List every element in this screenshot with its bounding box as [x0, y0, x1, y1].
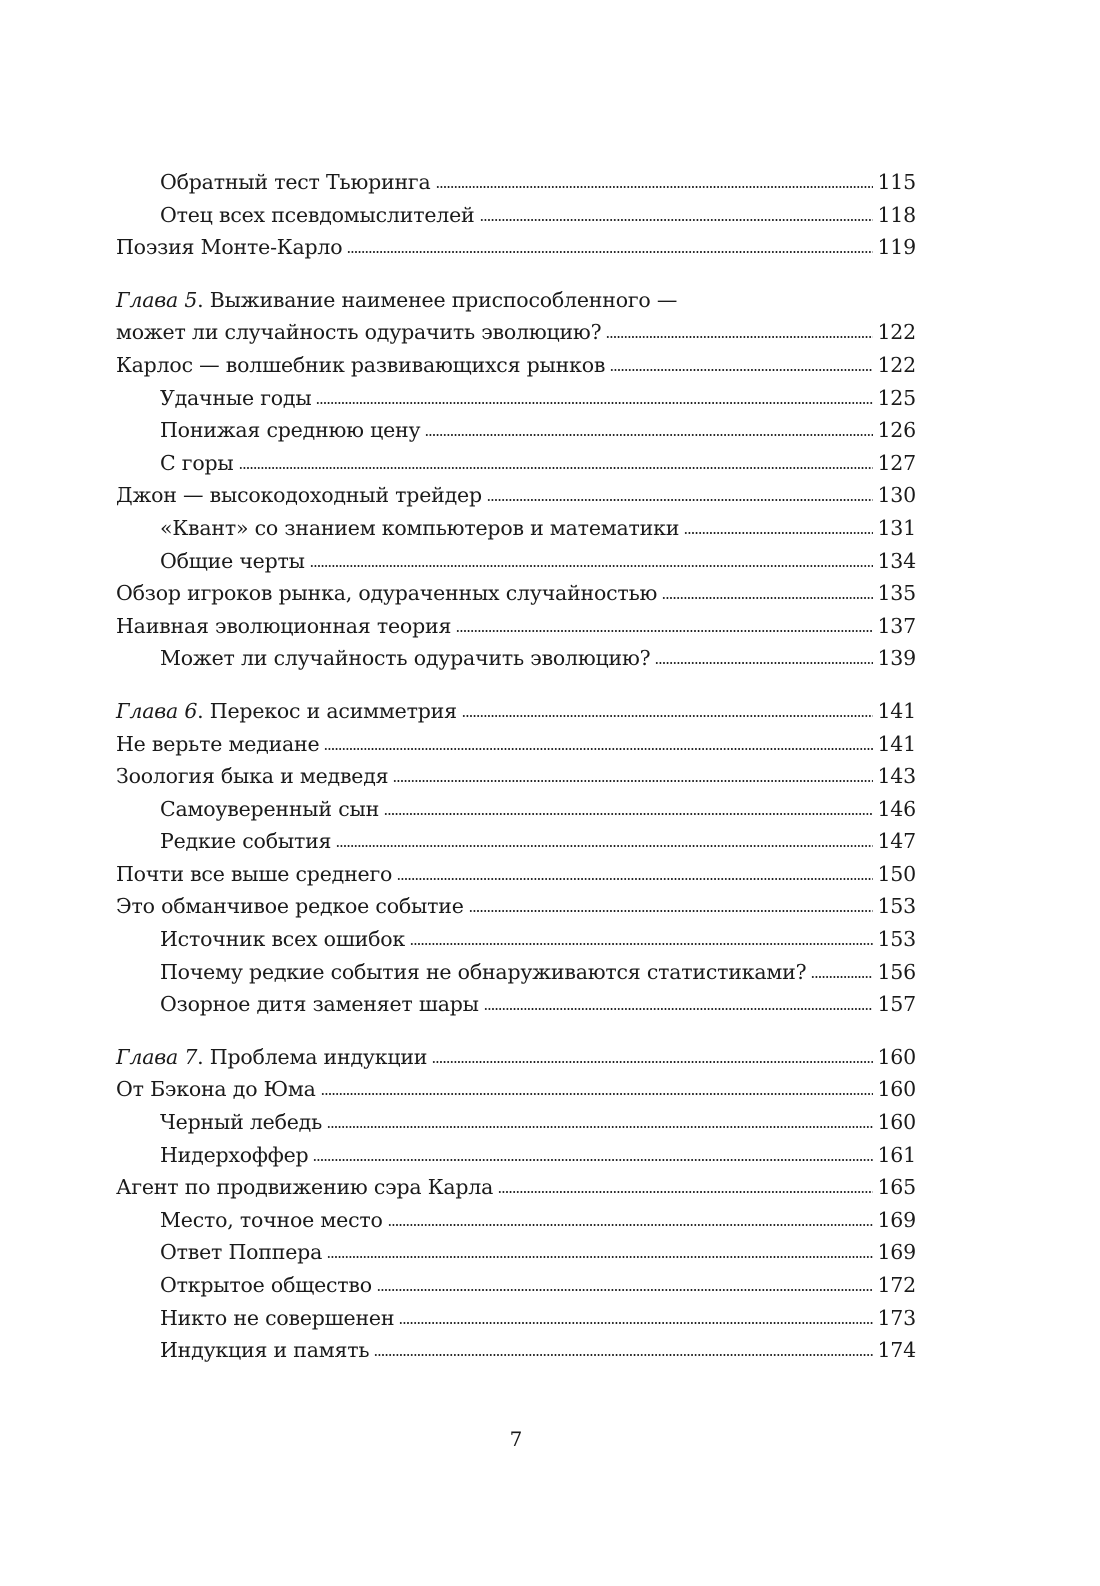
dot-leader	[374, 1353, 873, 1357]
toc-subentry[interactable]: Удачные годы125	[116, 382, 916, 415]
toc-entry[interactable]: Зоология быка и медведя143	[116, 760, 916, 793]
dot-leader	[484, 1007, 874, 1011]
entry-text: Зоология быка и медведя	[116, 764, 388, 788]
toc-section: Обратный тест Тьюринга115Отец всех псевд…	[116, 166, 916, 264]
toc-page-number: 127	[877, 447, 916, 480]
dot-leader	[324, 747, 873, 751]
toc-entry-title: Почти все выше среднего	[116, 858, 392, 891]
dot-leader	[432, 1060, 873, 1064]
section-gap	[116, 264, 916, 284]
toc-page-number: 125	[877, 382, 916, 415]
toc-page-number: 119	[877, 231, 916, 264]
dot-leader	[462, 714, 874, 718]
toc-subentry[interactable]: Черный лебедь160	[116, 1106, 916, 1139]
entry-text: Обзор игроков рынка, одураченных случайн…	[116, 581, 657, 605]
toc-entry[interactable]: Обзор игроков рынка, одураченных случайн…	[116, 577, 916, 610]
toc-page-number: 134	[877, 545, 916, 578]
entry-text: Никто не совершенен	[160, 1306, 394, 1330]
dot-leader	[336, 844, 873, 848]
toc-entry-title: «Квант» со знанием компьютеров и математ…	[160, 512, 679, 545]
dot-leader	[239, 466, 874, 470]
entry-text: . Перекос и асимметрия	[197, 699, 457, 723]
toc-entry-title: Место, точное место	[160, 1204, 383, 1237]
toc-page-number: 126	[877, 414, 916, 447]
entry-text: Поэзия Монте-Карло	[116, 235, 342, 259]
toc-entry-title: может ли случайность одурачить эволюцию?	[116, 316, 601, 349]
entry-text: Нидерхоффер	[160, 1143, 308, 1167]
toc-entry[interactable]: Не верьте медиане141	[116, 728, 916, 761]
dot-leader	[313, 1158, 873, 1162]
toc-subentry[interactable]: Открытое общество172	[116, 1269, 916, 1302]
entry-text: может ли случайность одурачить эволюцию?	[116, 320, 601, 344]
toc-subentry[interactable]: Общие черты134	[116, 545, 916, 578]
toc-subentry[interactable]: Отец всех псевдомыслителей118	[116, 199, 916, 232]
entry-text: Наивная эволюционная теория	[116, 614, 451, 638]
toc-subentry[interactable]: Ответ Поппера169	[116, 1236, 916, 1269]
toc-entry[interactable]: Почти все выше среднего150	[116, 858, 916, 891]
dot-leader	[393, 779, 873, 783]
toc-entry-title: Поэзия Монте-Карло	[116, 231, 342, 264]
dot-leader	[410, 942, 873, 946]
toc-entry[interactable]: Карлос — волшебник развивающихся рынков1…	[116, 349, 916, 382]
dot-leader	[310, 564, 874, 568]
toc-page-number: 174	[877, 1334, 916, 1367]
dot-leader	[655, 661, 873, 665]
toc-entry-title: Наивная эволюционная теория	[116, 610, 451, 643]
toc-page-number: 160	[877, 1041, 916, 1074]
chapter-label: Глава 7	[116, 1045, 197, 1069]
toc-page-number: 156	[877, 956, 916, 989]
dot-leader	[316, 401, 873, 405]
dot-leader	[384, 812, 873, 816]
section-gap	[116, 1021, 916, 1041]
toc-chapter-heading[interactable]: Глава 7. Проблема индукции160	[116, 1041, 916, 1074]
toc-entry-title: Обзор игроков рынка, одураченных случайн…	[116, 577, 657, 610]
toc-entry-title: Почему редкие события не обнаруживаются …	[160, 956, 806, 989]
entry-text: Индукция и память	[160, 1338, 369, 1362]
toc-page-number: 135	[877, 577, 916, 610]
toc-page-number: 137	[877, 610, 916, 643]
toc-page-number: 141	[877, 728, 916, 761]
page-number: 7	[0, 1427, 1032, 1451]
toc-entry-title: Нидерхоффер	[160, 1139, 308, 1172]
toc-subentry[interactable]: Нидерхоффер161	[116, 1139, 916, 1172]
toc-subentry[interactable]: Может ли случайность одурачить эволюцию?…	[116, 642, 916, 675]
toc-section: Глава 7. Проблема индукции160От Бэкона д…	[116, 1041, 916, 1367]
entry-text: Озорное дитя заменяет шары	[160, 992, 479, 1016]
toc-subentry[interactable]: Источник всех ошибок153	[116, 923, 916, 956]
entry-text: С горы	[160, 451, 234, 475]
dot-leader	[606, 335, 873, 339]
dot-leader	[456, 629, 873, 633]
toc-chapter-heading[interactable]: Глава 5. Выживание наименее приспособлен…	[116, 284, 916, 317]
toc-entry[interactable]: Агент по продвижению сэра Карла165	[116, 1171, 916, 1204]
entry-text: Отец всех псевдомыслителей	[160, 203, 475, 227]
toc-page-number: 131	[877, 512, 916, 545]
toc-page-number: 141	[877, 695, 916, 728]
toc-section: Глава 5. Выживание наименее приспособлен…	[116, 284, 916, 675]
toc-page-number: 160	[877, 1073, 916, 1106]
toc-entry-title: От Бэкона до Юма	[116, 1073, 316, 1106]
entry-text: Черный лебедь	[160, 1110, 322, 1134]
dot-leader	[377, 1288, 874, 1292]
chapter-label: Глава 6	[116, 699, 197, 723]
toc-subentry[interactable]: Озорное дитя заменяет шары157	[116, 988, 916, 1021]
entry-text: Карлос — волшебник развивающихся рынков	[116, 353, 605, 377]
toc-subentry[interactable]: Обратный тест Тьюринга115	[116, 166, 916, 199]
toc-entry-title: Источник всех ошибок	[160, 923, 405, 956]
toc-entry-title: Джон — высокодоходный трейдер	[116, 479, 482, 512]
entry-text: Источник всех ошибок	[160, 927, 405, 951]
entry-text: Обратный тест Тьюринга	[160, 170, 431, 194]
toc-entry[interactable]: От Бэкона до Юма160	[116, 1073, 916, 1106]
toc-entry-title: Никто не совершенен	[160, 1302, 394, 1335]
dot-leader	[425, 433, 873, 437]
entry-text: Редкие события	[160, 829, 331, 853]
toc-entry-title: Агент по продвижению сэра Карла	[116, 1171, 493, 1204]
toc-entry-title: Зоология быка и медведя	[116, 760, 388, 793]
entry-text: «Квант» со знанием компьютеров и математ…	[160, 516, 679, 540]
table-of-contents: Обратный тест Тьюринга115Отец всех псевд…	[116, 166, 916, 1367]
toc-page-number: 122	[877, 316, 916, 349]
toc-entry-title: Ответ Поппера	[160, 1236, 322, 1269]
toc-entry-title: Удачные годы	[160, 382, 311, 415]
entry-text: Не верьте медиане	[116, 732, 319, 756]
toc-page-number: 169	[877, 1236, 916, 1269]
toc-page-number: 139	[877, 642, 916, 675]
toc-entry-title: Обратный тест Тьюринга	[160, 166, 431, 199]
toc-entry[interactable]: Джон — высокодоходный трейдер130	[116, 479, 916, 512]
toc-subentry[interactable]: С горы127	[116, 447, 916, 480]
toc-entry-title: Глава 7. Проблема индукции	[116, 1041, 427, 1074]
toc-page-number: 146	[877, 793, 916, 826]
toc-page-number: 172	[877, 1269, 916, 1302]
entry-text: Ответ Поппера	[160, 1240, 322, 1264]
toc-entry-title: Может ли случайность одурачить эволюцию?	[160, 642, 650, 675]
dot-leader	[480, 218, 874, 222]
entry-text: Самоуверенный сын	[160, 797, 379, 821]
dot-leader	[684, 531, 873, 535]
toc-entry-title: С горы	[160, 447, 234, 480]
entry-text: Может ли случайность одурачить эволюцию?	[160, 646, 650, 670]
toc-page-number: 153	[877, 890, 916, 923]
toc-page-number: 165	[877, 1171, 916, 1204]
dot-leader	[327, 1255, 873, 1259]
toc-entry-title: Индукция и память	[160, 1334, 369, 1367]
toc-entry-title: Понижая среднюю цену	[160, 414, 420, 447]
toc-subentry[interactable]: «Квант» со знанием компьютеров и математ…	[116, 512, 916, 545]
toc-page-number: 173	[877, 1302, 916, 1335]
toc-entry-title: Не верьте медиане	[116, 728, 319, 761]
entry-text: Место, точное место	[160, 1208, 383, 1232]
dot-leader	[487, 498, 874, 502]
section-gap	[116, 675, 916, 695]
toc-entry[interactable]: может ли случайность одурачить эволюцию?…	[116, 316, 916, 349]
toc-entry-title: Общие черты	[160, 545, 305, 578]
dot-leader	[469, 909, 874, 913]
toc-page-number: 143	[877, 760, 916, 793]
dot-leader	[811, 975, 873, 979]
toc-entry-title: Самоуверенный сын	[160, 793, 379, 826]
toc-section: Глава 6. Перекос и асимметрия141Не верьт…	[116, 695, 916, 1021]
entry-text: Открытое общество	[160, 1273, 372, 1297]
dot-leader	[397, 877, 873, 881]
toc-page-number: 160	[877, 1106, 916, 1139]
dot-leader	[662, 596, 873, 600]
toc-chapter-heading[interactable]: Глава 6. Перекос и асимметрия141	[116, 695, 916, 728]
entry-text: Понижая среднюю цену	[160, 418, 420, 442]
toc-entry-title: Глава 5. Выживание наименее приспособлен…	[116, 284, 677, 317]
entry-text: . Выживание наименее приспособленного —	[197, 288, 677, 312]
toc-subentry[interactable]: Самоуверенный сын146	[116, 793, 916, 826]
toc-subentry[interactable]: Почему редкие события не обнаруживаются …	[116, 956, 916, 989]
dot-leader	[321, 1092, 874, 1096]
entry-text: Джон — высокодоходный трейдер	[116, 483, 482, 507]
toc-entry-title: Отец всех псевдомыслителей	[160, 199, 475, 232]
toc-page-number: 115	[877, 166, 916, 199]
toc-entry-title: Глава 6. Перекос и асимметрия	[116, 695, 457, 728]
toc-page-number: 130	[877, 479, 916, 512]
entry-text: Почему редкие события не обнаруживаются …	[160, 960, 806, 984]
toc-entry-title: Черный лебедь	[160, 1106, 322, 1139]
toc-entry-title: Карлос — волшебник развивающихся рынков	[116, 349, 605, 382]
toc-page-number: 169	[877, 1204, 916, 1237]
toc-subentry[interactable]: Редкие события147	[116, 825, 916, 858]
toc-page-number: 150	[877, 858, 916, 891]
entry-text: Удачные годы	[160, 386, 311, 410]
dot-leader	[436, 185, 874, 189]
dot-leader	[347, 250, 873, 254]
entry-text: Агент по продвижению сэра Карла	[116, 1175, 493, 1199]
toc-page-number: 161	[877, 1139, 916, 1172]
toc-subentry[interactable]: Индукция и память174	[116, 1334, 916, 1367]
dot-leader	[610, 368, 873, 372]
chapter-label: Глава 5	[116, 288, 197, 312]
toc-entry[interactable]: Наивная эволюционная теория137	[116, 610, 916, 643]
toc-entry-title: Редкие события	[160, 825, 331, 858]
toc-subentry[interactable]: Понижая среднюю цену126	[116, 414, 916, 447]
toc-entry-title: Открытое общество	[160, 1269, 372, 1302]
toc-page-number: 153	[877, 923, 916, 956]
toc-subentry[interactable]: Место, точное место169	[116, 1204, 916, 1237]
toc-page-number: 118	[877, 199, 916, 232]
entry-text: От Бэкона до Юма	[116, 1077, 316, 1101]
dot-leader	[327, 1125, 873, 1129]
entry-text: . Проблема индукции	[197, 1045, 427, 1069]
toc-page-number: 147	[877, 825, 916, 858]
dot-leader	[498, 1190, 873, 1194]
toc-entry-title: Это обманчивое редкое событие	[116, 890, 464, 923]
toc-page-number: 157	[877, 988, 916, 1021]
toc-subentry[interactable]: Никто не совершенен173	[116, 1302, 916, 1335]
toc-page-number: 122	[877, 349, 916, 382]
dot-leader	[388, 1223, 874, 1227]
toc-entry-title: Озорное дитя заменяет шары	[160, 988, 479, 1021]
toc-entry[interactable]: Поэзия Монте-Карло119	[116, 231, 916, 264]
entry-text: Почти все выше среднего	[116, 862, 392, 886]
toc-entry[interactable]: Это обманчивое редкое событие153	[116, 890, 916, 923]
dot-leader	[399, 1321, 873, 1325]
entry-text: Общие черты	[160, 549, 305, 573]
entry-text: Это обманчивое редкое событие	[116, 894, 464, 918]
